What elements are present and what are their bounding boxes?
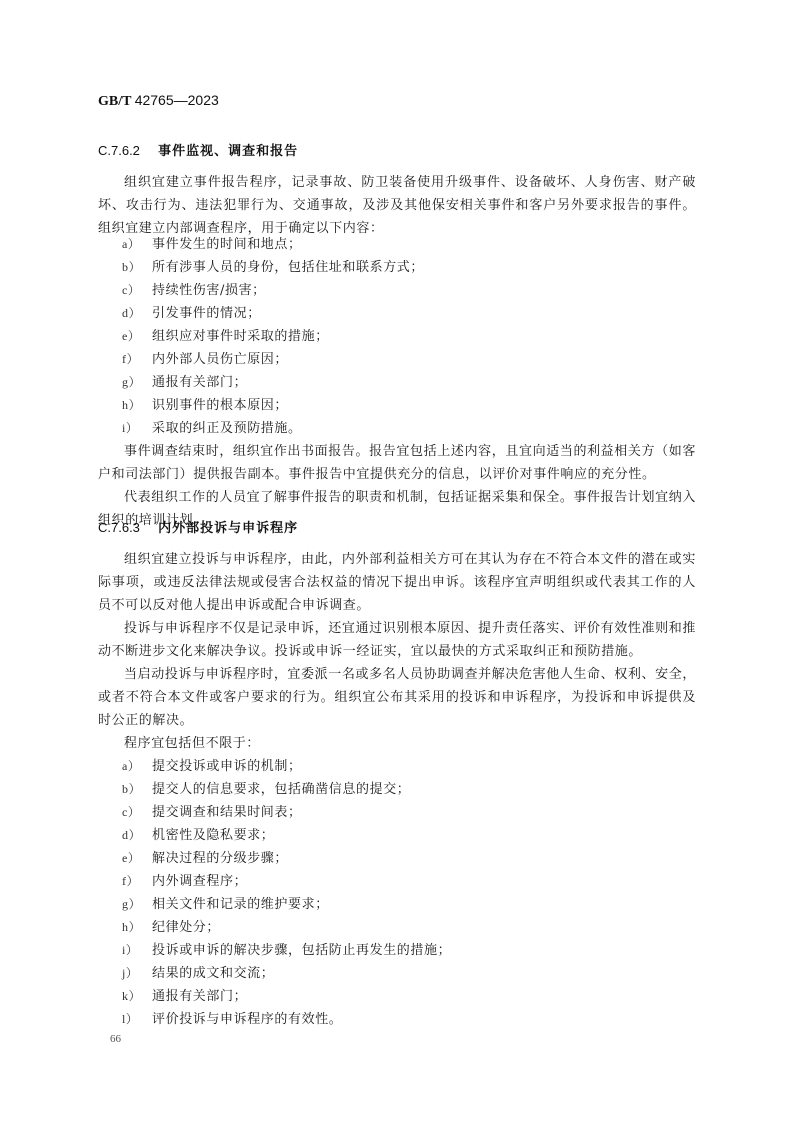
- list-item: h）纪律处分；: [122, 916, 451, 939]
- paragraph-complaint-initiation: 当启动投诉与申诉程序时，宜委派一名或多名人员协助调查并解决危害他人生命、权利、安…: [98, 663, 696, 732]
- list-item: j）结果的成文和交流；: [122, 962, 451, 985]
- list-item: e）组织应对事件时采取的措施；: [122, 325, 424, 348]
- list-item: i）采取的纠正及预防措施。: [122, 417, 424, 440]
- incident-content-list: a）事件发生的时间和地点； b）所有涉事人员的身份，包括住址和联系方式； c）持…: [122, 233, 424, 440]
- section-heading-c763: C.7.6.3 内外部投诉与申诉程序: [98, 517, 298, 536]
- list-item: e）解决过程的分级步骤；: [122, 847, 451, 870]
- paragraph-procedure-includes: 程序宜包括但不限于：: [98, 732, 696, 755]
- document-header: GB/T 42765—2023: [98, 92, 219, 110]
- section-heading-c762: C.7.6.2 事件监视、调查和报告: [98, 140, 298, 159]
- list-item: f）内外调查程序；: [122, 870, 451, 893]
- section-number: C.7.6.2: [98, 143, 140, 158]
- list-item: a）提交投诉或申诉的机制；: [122, 755, 451, 778]
- list-item: b）所有涉事人员的身份，包括住址和联系方式；: [122, 256, 424, 279]
- list-item: l）评价投诉与申诉程序的有效性。: [122, 1008, 451, 1031]
- procedure-list: a）提交投诉或申诉的机制； b）提交人的信息要求，包括确凿信息的提交； c）提交…: [122, 755, 451, 1031]
- list-item: g）通报有关部门；: [122, 371, 424, 394]
- list-item: h）识别事件的根本原因；: [122, 394, 424, 417]
- list-item: a）事件发生的时间和地点；: [122, 233, 424, 256]
- section-title: 内外部投诉与申诉程序: [158, 521, 298, 536]
- list-item: k）通报有关部门；: [122, 985, 451, 1008]
- section-title: 事件监视、调查和报告: [158, 144, 298, 159]
- page-number: 66: [110, 1033, 121, 1045]
- standard-number: 42765—2023: [135, 92, 219, 108]
- paragraph-written-report: 事件调查结束时，组织宜作出书面报告。报告宜包括上述内容，且宜向适当的利益相关方（…: [98, 440, 696, 486]
- list-item: c）持续性伤害/损害；: [122, 279, 424, 302]
- paragraph-complaint-procedure: 组织宜建立投诉与申诉程序，由此，内外部利益相关方可在其认为存在不符合本文件的潜在…: [98, 548, 696, 617]
- list-item: c）提交调查和结果时间表；: [122, 801, 451, 824]
- section-number: C.7.6.3: [98, 520, 140, 535]
- paragraph-complaint-purpose: 投诉与申诉程序不仅是记录申诉，还宜通过识别根本原因、提升责任落实、评价有效性准则…: [98, 617, 696, 663]
- list-item: d）机密性及隐私要求；: [122, 824, 451, 847]
- standard-code: GB/T: [98, 94, 131, 109]
- list-item: g）相关文件和记录的维护要求；: [122, 893, 451, 916]
- list-item: b）提交人的信息要求，包括确凿信息的提交；: [122, 778, 451, 801]
- list-item: f）内外部人员伤亡原因；: [122, 348, 424, 371]
- paragraph-intro: 组织宜建立事件报告程序，记录事故、防卫装备使用升级事件、设备破坏、人身伤害、财产…: [98, 171, 696, 240]
- list-item: i）投诉或申诉的解决步骤，包括防止再发生的措施；: [122, 939, 451, 962]
- list-item: d）引发事件的情况；: [122, 302, 424, 325]
